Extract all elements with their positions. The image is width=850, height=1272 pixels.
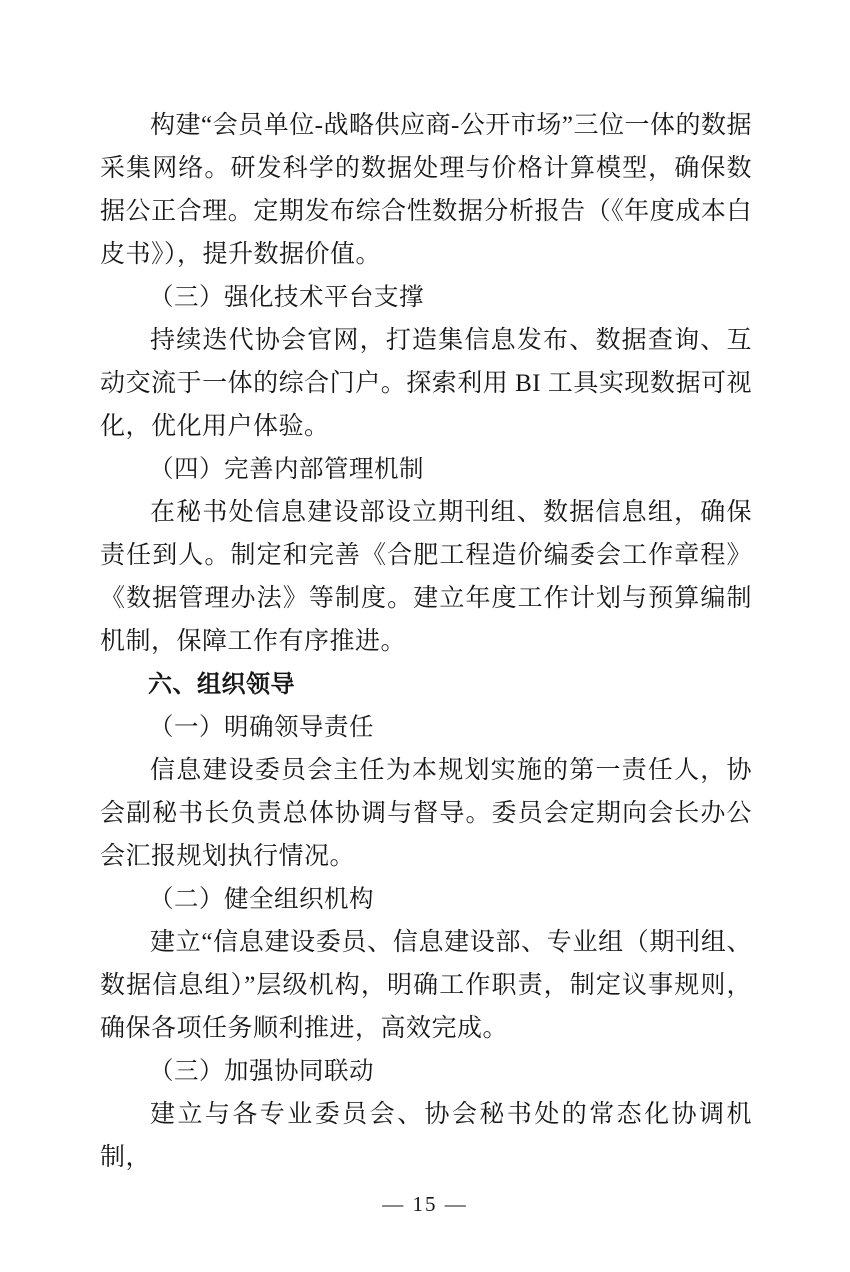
body-paragraph: 构建“会员单位-战略供应商-公开市场”三位一体的数据采集网络。研发科学的数据处理… xyxy=(100,104,752,276)
document-content: 构建“会员单位-战略供应商-公开市场”三位一体的数据采集网络。研发科学的数据处理… xyxy=(100,104,752,1179)
page-footer: — 15 — xyxy=(0,1192,850,1217)
document-page: 构建“会员单位-战略供应商-公开市场”三位一体的数据采集网络。研发科学的数据处理… xyxy=(0,0,850,1272)
section-subheading: （一）明确领导责任 xyxy=(100,706,752,749)
section-subheading: （二）健全组织机构 xyxy=(100,878,752,921)
body-paragraph: 信息建设委员会主任为本规划实施的第一责任人，协会副秘书长负责总体协调与督导。委员… xyxy=(100,749,752,878)
chapter-heading: 六、组织领导 xyxy=(100,663,752,706)
section-subheading: （三）加强协同联动 xyxy=(100,1050,752,1093)
body-paragraph: 持续迭代协会官网，打造集信息发布、数据查询、互动交流于一体的综合门户。探索利用 … xyxy=(100,319,752,448)
section-subheading: （四）完善内部管理机制 xyxy=(100,448,752,491)
body-paragraph: 建立与各专业委员会、协会秘书处的常态化协调机制， xyxy=(100,1093,752,1179)
body-paragraph: 在秘书处信息建设部设立期刊组、数据信息组，确保责任到人。制定和完善《合肥工程造价… xyxy=(100,491,752,663)
page-number: — 15 — xyxy=(382,1192,468,1216)
body-paragraph: 建立“信息建设委员、信息建设部、专业组（期刊组、数据信息组）”层级机构，明确工作… xyxy=(100,921,752,1050)
section-subheading: （三）强化技术平台支撑 xyxy=(100,276,752,319)
